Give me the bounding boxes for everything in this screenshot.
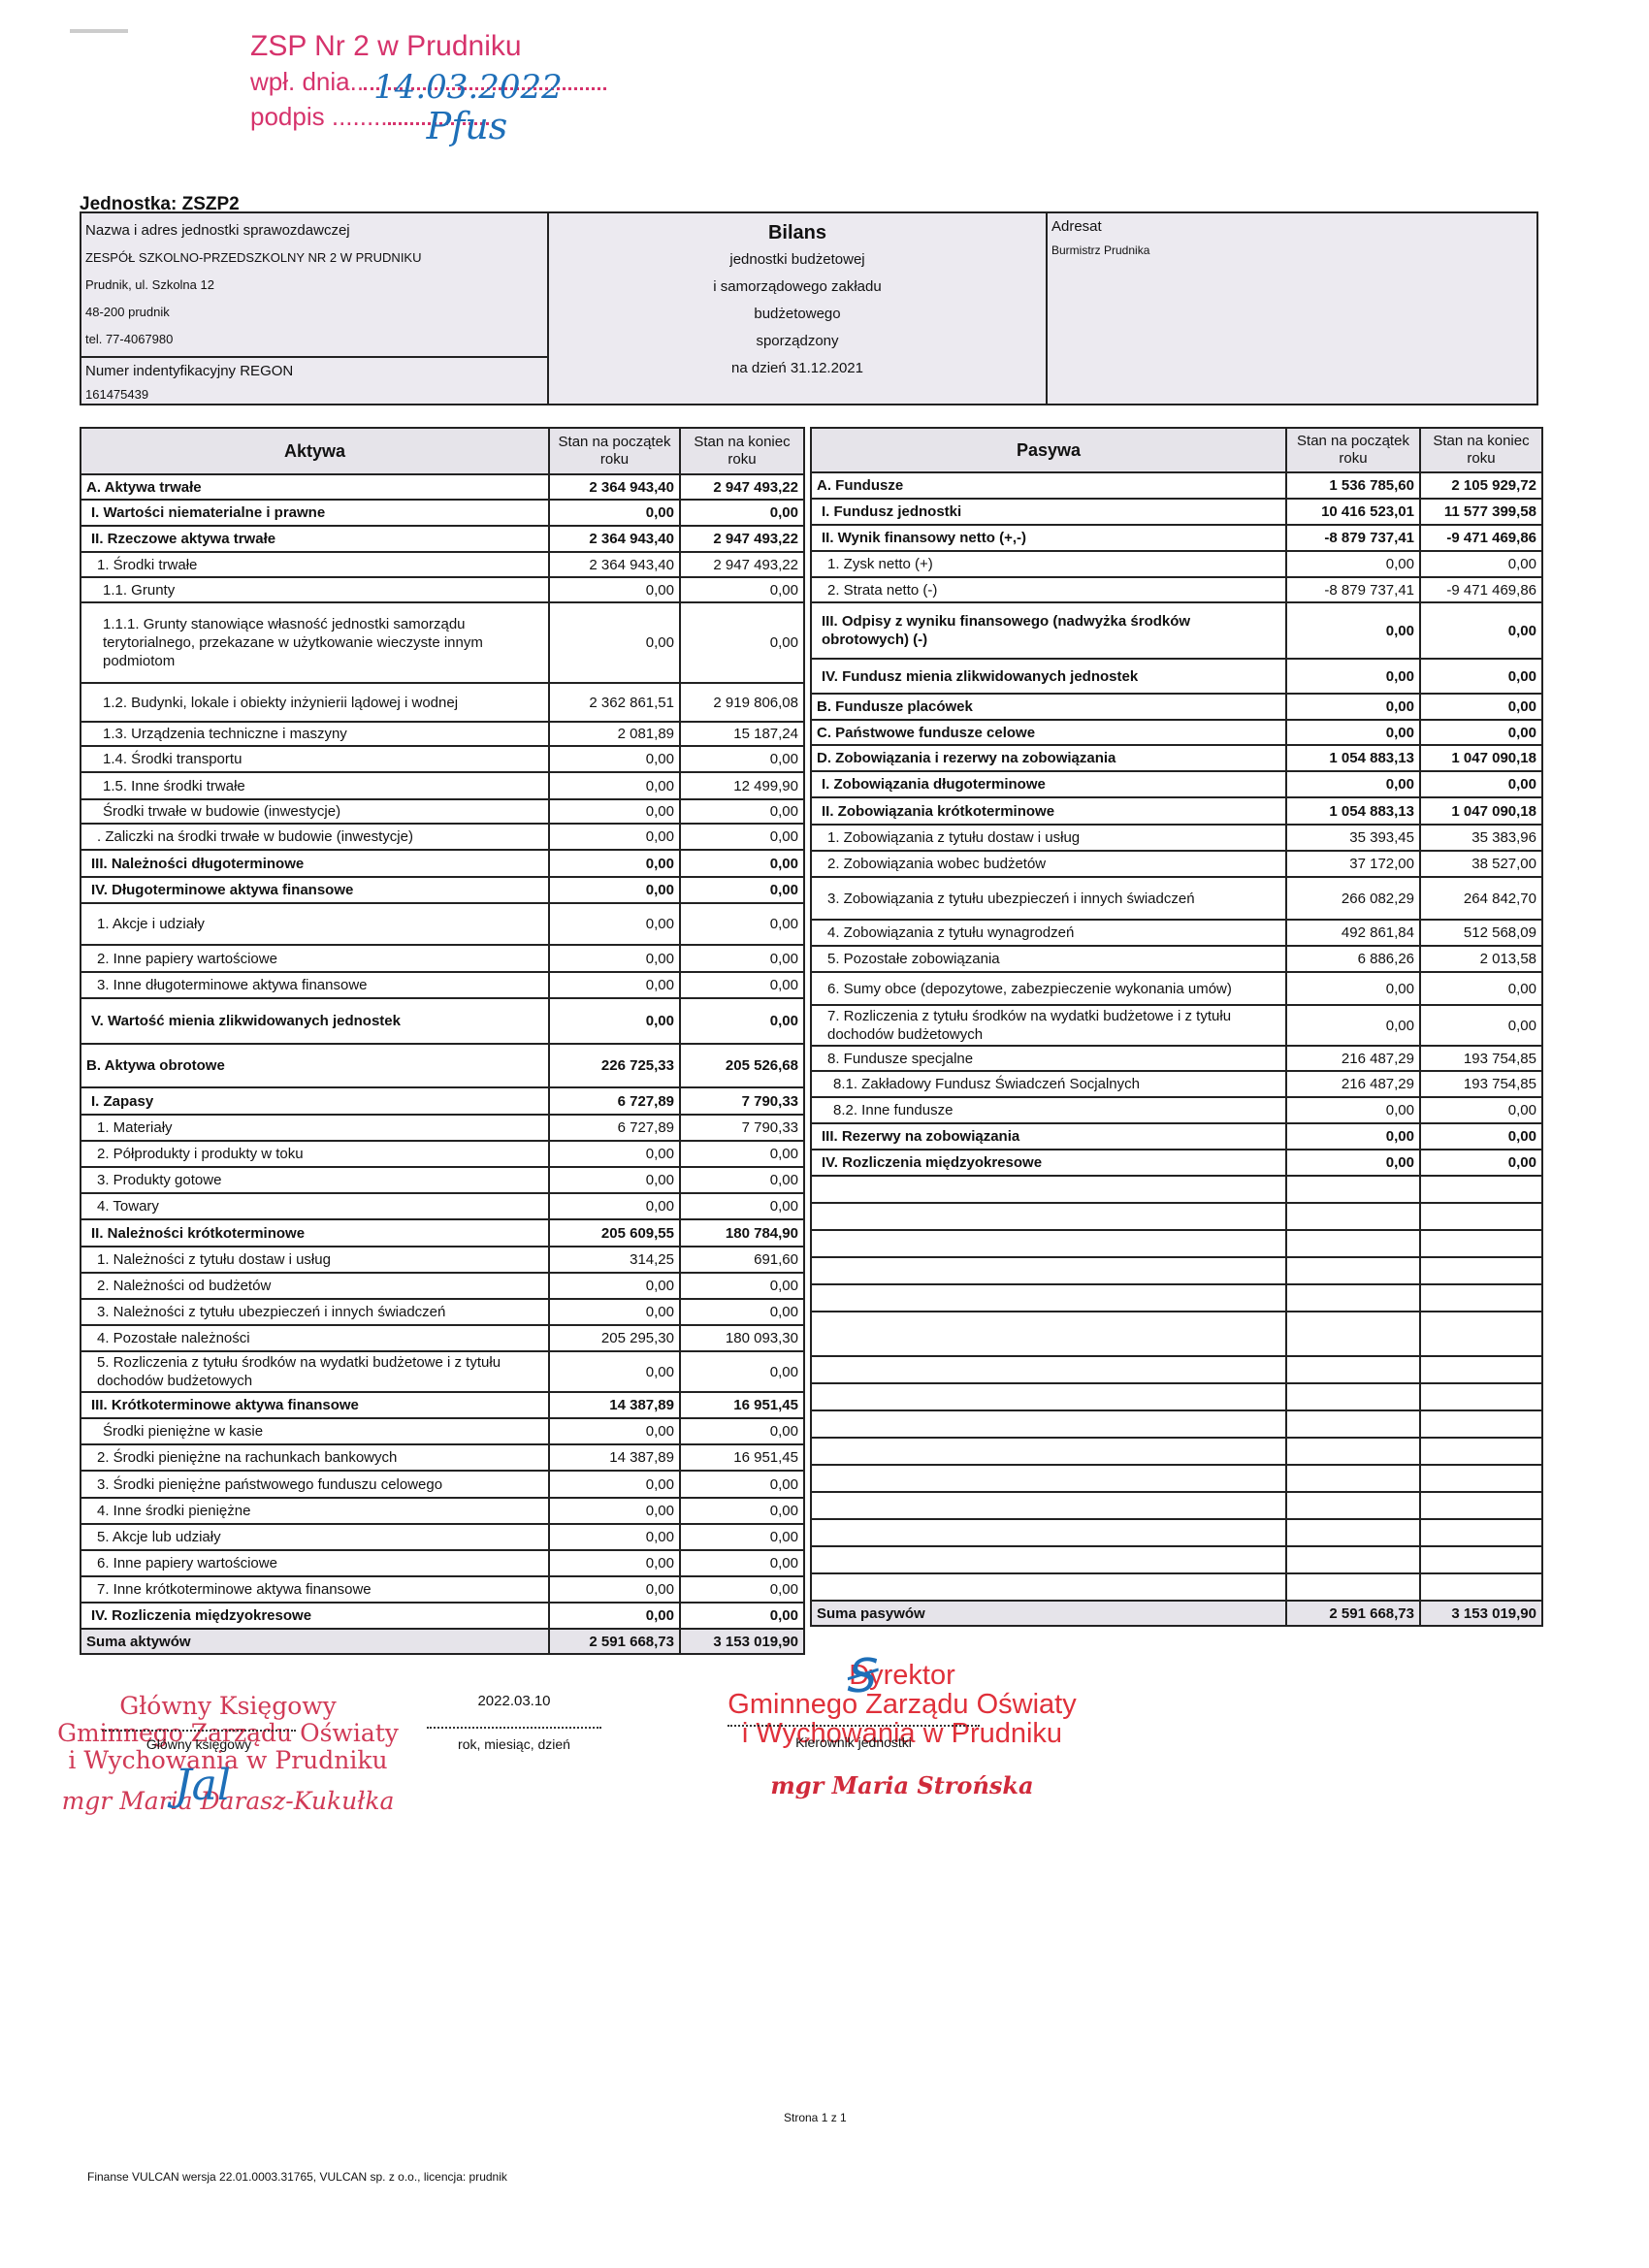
row-label: 4. Towary — [81, 1193, 549, 1219]
row-value-start: 216 487,29 — [1286, 1071, 1420, 1097]
row-value-end: 2 947 493,22 — [680, 474, 804, 500]
row-value-start: 0,00 — [1286, 720, 1420, 745]
table-row: I. Wartości niematerialne i prawne0,000,… — [81, 500, 804, 526]
report-title-block: Bilans jednostki budżetowej i samorządow… — [549, 213, 1048, 404]
liabilities-col-start: Stan na początek roku — [1286, 428, 1420, 472]
row-value-end: 0,00 — [680, 1351, 804, 1392]
head-handwritten-signature: Ꞩ — [844, 1649, 873, 1703]
row-label: 2. Środki pieniężne na rachunkach bankow… — [81, 1444, 549, 1471]
table-row: 7. Rozliczenia z tytułu środków na wydat… — [811, 1005, 1542, 1046]
row-value-start: 1 536 785,60 — [1286, 472, 1420, 499]
liabilities-table: Pasywa Stan na początek roku Stan na kon… — [810, 427, 1543, 1627]
row-label: I. Fundusz jednostki — [811, 499, 1286, 525]
row-value-start: 0,00 — [549, 1524, 680, 1550]
table-row: 3. Inne długoterminowe aktywa finansowe0… — [81, 972, 804, 998]
row-value-end: -9 471 469,86 — [1420, 525, 1542, 551]
row-value-start: 216 487,29 — [1286, 1046, 1420, 1071]
table-row: 1. Zysk netto (+)0,000,00 — [811, 551, 1542, 577]
signature-date: 2022.03.10 — [427, 1693, 601, 1709]
row-label: D. Zobowiązania i rezerwy na zobowiązani… — [811, 745, 1286, 771]
row-value-start: 2 362 861,51 — [549, 683, 680, 722]
row-label: 1.2. Budynki, lokale i obiekty inżynieri… — [81, 683, 549, 722]
row-label: 1.3. Urządzenia techniczne i maszyny — [81, 722, 549, 746]
row-value-end: 0,00 — [680, 1524, 804, 1550]
total-row: Suma aktywów2 591 668,733 153 019,90 — [81, 1629, 804, 1654]
row-label: 1. Należności z tytułu dostaw i usług — [81, 1247, 549, 1273]
table-row: 8. Fundusze specjalne216 487,29193 754,8… — [811, 1046, 1542, 1071]
row-label: 5. Akcje lub udziały — [81, 1524, 549, 1550]
addressee-label: Adresat — [1051, 215, 1533, 239]
row-value-start: 0,00 — [549, 1193, 680, 1219]
row-label: V. Wartość mienia zlikwidowanych jednost… — [81, 998, 549, 1044]
empty-row — [811, 1519, 1542, 1546]
row-value-end: 16 951,45 — [680, 1444, 804, 1471]
row-value-end: 180 093,30 — [680, 1325, 804, 1351]
row-label: 7. Rozliczenia z tytułu środków na wydat… — [811, 1005, 1286, 1046]
row-value-end: 0,00 — [1420, 1005, 1542, 1046]
table-row: 5. Akcje lub udziały0,000,00 — [81, 1524, 804, 1550]
row-value-end: 0,00 — [680, 1471, 804, 1498]
row-value-start: 0,00 — [549, 577, 680, 602]
table-row: Środki pieniężne w kasie0,000,00 — [81, 1418, 804, 1444]
row-value-end: 205 526,68 — [680, 1044, 804, 1087]
row-value-end: 0,00 — [1420, 972, 1542, 1005]
row-value-end: -9 471 469,86 — [1420, 577, 1542, 602]
empty-row — [811, 1546, 1542, 1573]
row-value-end: 0,00 — [680, 1141, 804, 1167]
table-row: 1.3. Urządzenia techniczne i maszyny2 08… — [81, 722, 804, 746]
row-value-start: 2 364 943,40 — [549, 552, 680, 577]
row-value-end: 264 842,70 — [1420, 877, 1542, 920]
reporting-unit-street: Prudnik, ul. Szkolna 12 — [85, 272, 543, 299]
row-label: 3. Należności z tytułu ubezpieczeń i inn… — [81, 1299, 549, 1325]
table-row: II. Rzeczowe aktywa trwałe2 364 943,402 … — [81, 526, 804, 552]
reporting-unit-name: ZESPÓŁ SZKOLNO-PRZEDSZKOLNY NR 2 W PRUDN… — [85, 244, 543, 272]
row-value-start: 0,00 — [549, 746, 680, 772]
row-value-start: 0,00 — [1286, 1150, 1420, 1176]
row-value-start: 1 054 883,13 — [1286, 745, 1420, 771]
row-label: 1.1.1. Grunty stanowiące własność jednos… — [81, 602, 549, 683]
row-label: 4. Pozostałe należności — [81, 1325, 549, 1351]
row-value-end: 0,00 — [680, 998, 804, 1044]
table-row: 1.5. Inne środki trwałe0,0012 499,90 — [81, 772, 804, 799]
row-value-start: 14 387,89 — [549, 1392, 680, 1418]
reporting-unit-postal: 48-200 prudnik — [85, 299, 543, 326]
row-label: II. Zobowiązania krótkoterminowe — [811, 797, 1286, 825]
row-value-start: 226 725,33 — [549, 1044, 680, 1087]
row-label: 5. Rozliczenia z tytułu środków na wydat… — [81, 1351, 549, 1392]
row-label: 1. Akcje i udziały — [81, 903, 549, 945]
row-value-start: 0,00 — [549, 1141, 680, 1167]
row-value-start: 314,25 — [549, 1247, 680, 1273]
row-value-end: 0,00 — [1420, 602, 1542, 659]
row-label: 6. Inne papiery wartościowe — [81, 1550, 549, 1576]
row-value-end: 0,00 — [680, 850, 804, 877]
row-value-start: 6 886,26 — [1286, 946, 1420, 972]
table-row: III. Odpisy z wyniku finansowego (nadwyż… — [811, 602, 1542, 659]
row-value-end: 180 784,90 — [680, 1219, 804, 1247]
table-row: 1.2. Budynki, lokale i obiekty inżynieri… — [81, 683, 804, 722]
row-label: II. Wynik finansowy netto (+,-) — [811, 525, 1286, 551]
empty-row — [811, 1573, 1542, 1601]
row-value-end: 0,00 — [1420, 659, 1542, 694]
head-stamp-line2: Gminnego Zarządu Oświaty — [708, 1690, 1096, 1719]
table-row: IV. Fundusz mienia zlikwidowanych jednos… — [811, 659, 1542, 694]
row-label: Środki pieniężne w kasie — [81, 1418, 549, 1444]
row-label: 1. Środki trwałe — [81, 552, 549, 577]
received-date-label: wpł. dnia.. — [250, 67, 364, 96]
table-row: 4. Towary0,000,00 — [81, 1193, 804, 1219]
chief-accountant-handwritten-signature: Jal — [175, 1761, 231, 1810]
table-row: 2. Zobowiązania wobec budżetów37 172,003… — [811, 851, 1542, 877]
row-value-end: 0,00 — [1420, 1097, 1542, 1123]
table-row: 7. Inne krótkoterminowe aktywa finansowe… — [81, 1576, 804, 1603]
software-footer: Finanse VULCAN wersja 22.01.0003.31765, … — [87, 2170, 507, 2184]
total-label: Suma aktywów — [81, 1629, 549, 1654]
row-value-start: 0,00 — [549, 500, 680, 526]
row-value-start: 492 861,84 — [1286, 920, 1420, 946]
row-value-start: 0,00 — [549, 1603, 680, 1629]
row-label: C. Państwowe fundusze celowe — [811, 720, 1286, 745]
table-row: 1.1.1. Grunty stanowiące własność jednos… — [81, 602, 804, 683]
table-row: . Zaliczki na środki trwałe w budowie (i… — [81, 824, 804, 850]
row-value-end: 1 047 090,18 — [1420, 745, 1542, 771]
addressee-block: Adresat Burmistrz Prudnika — [1048, 213, 1536, 404]
row-value-end: 0,00 — [1420, 551, 1542, 577]
row-value-end: 0,00 — [680, 746, 804, 772]
table-row: I. Zapasy6 727,897 790,33 — [81, 1087, 804, 1115]
row-value-end: 0,00 — [1420, 720, 1542, 745]
row-label: I. Zobowiązania długoterminowe — [811, 771, 1286, 797]
row-value-start: 0,00 — [549, 998, 680, 1044]
row-value-start: 0,00 — [549, 772, 680, 799]
regon-value: 161475439 — [85, 383, 543, 406]
row-value-start: 0,00 — [549, 824, 680, 850]
row-label: 6. Sumy obce (depozytowe, zabezpieczenie… — [811, 972, 1286, 1005]
row-value-start: 0,00 — [1286, 602, 1420, 659]
row-value-start: 0,00 — [1286, 1097, 1420, 1123]
row-value-start: 205 609,55 — [549, 1219, 680, 1247]
row-value-start: 1 054 883,13 — [1286, 797, 1420, 825]
row-value-end: 0,00 — [680, 972, 804, 998]
report-subtitle-2: i samorządowego zakładu — [549, 274, 1046, 301]
date-caption: rok, miesiąc, dzień — [427, 1736, 601, 1752]
table-row: A. Aktywa trwałe2 364 943,402 947 493,22 — [81, 474, 804, 500]
row-value-start: 0,00 — [549, 877, 680, 903]
empty-row — [811, 1203, 1542, 1230]
row-value-end: 11 577 399,58 — [1420, 499, 1542, 525]
row-label: 2. Należności od budżetów — [81, 1273, 549, 1299]
row-value-start: -8 879 737,41 — [1286, 525, 1420, 551]
row-label: III. Odpisy z wyniku finansowego (nadwyż… — [811, 602, 1286, 659]
row-label: B. Aktywa obrotowe — [81, 1044, 549, 1087]
row-value-start: 0,00 — [1286, 694, 1420, 720]
row-value-end: 0,00 — [680, 1167, 804, 1193]
row-label: 2. Inne papiery wartościowe — [81, 945, 549, 972]
row-label: A. Fundusze — [811, 472, 1286, 499]
total-end: 3 153 019,90 — [1420, 1601, 1542, 1626]
row-value-end: 1 047 090,18 — [1420, 797, 1542, 825]
row-value-end: 0,00 — [1420, 1123, 1542, 1150]
empty-row — [811, 1257, 1542, 1284]
empty-row — [811, 1312, 1542, 1356]
row-value-start: 0,00 — [549, 1498, 680, 1524]
table-row: III. Rezerwy na zobowiązania0,000,00 — [811, 1123, 1542, 1150]
row-label: IV. Rozliczenia międzyokresowe — [811, 1150, 1286, 1176]
row-label: A. Aktywa trwałe — [81, 474, 549, 500]
row-value-end: 0,00 — [680, 500, 804, 526]
table-row: 1. Materiały6 727,897 790,33 — [81, 1115, 804, 1141]
chief-accountant-caption: Główny księgowy — [102, 1736, 296, 1752]
row-value-end: 38 527,00 — [1420, 851, 1542, 877]
report-subtitle-1: jednostki budżetowej — [549, 246, 1046, 274]
table-row: 1. Zobowiązania z tytułu dostaw i usług3… — [811, 825, 1542, 851]
report-subtitle-3: budżetowego — [549, 301, 1046, 328]
row-label: III. Krótkoterminowe aktywa finansowe — [81, 1392, 549, 1418]
head-stamp: Dyrektor Gminnego Zarządu Oświaty i Wych… — [708, 1661, 1096, 1800]
table-row: 3. Zobowiązania z tytułu ubezpieczeń i i… — [811, 877, 1542, 920]
row-value-end: 0,00 — [1420, 1150, 1542, 1176]
row-value-start: 0,00 — [549, 945, 680, 972]
row-value-start: 6 727,89 — [549, 1087, 680, 1115]
assets-header-row: Aktywa Stan na początek roku Stan na kon… — [81, 428, 804, 474]
table-row: A. Fundusze1 536 785,602 105 929,72 — [811, 472, 1542, 499]
row-label: Środki trwałe w budowie (inwestycje) — [81, 799, 549, 824]
table-row: 1. Środki trwałe2 364 943,402 947 493,22 — [81, 552, 804, 577]
row-value-start: 0,00 — [549, 1418, 680, 1444]
row-label: I. Zapasy — [81, 1087, 549, 1115]
row-label: 2. Strata netto (-) — [811, 577, 1286, 602]
total-row: Suma pasywów2 591 668,733 153 019,90 — [811, 1601, 1542, 1626]
table-row: 4. Pozostałe należności205 295,30180 093… — [81, 1325, 804, 1351]
reporting-unit-phone: tel. 77-4067980 — [85, 326, 543, 353]
row-label: 7. Inne krótkoterminowe aktywa finansowe — [81, 1576, 549, 1603]
row-value-start: 0,00 — [1286, 1123, 1420, 1150]
row-label: 2. Półprodukty i produkty w toku — [81, 1141, 549, 1167]
head-signature-line — [727, 1725, 980, 1727]
empty-row — [811, 1284, 1542, 1312]
table-row: D. Zobowiązania i rezerwy na zobowiązani… — [811, 745, 1542, 771]
empty-row — [811, 1410, 1542, 1438]
table-row: IV. Rozliczenia międzyokresowe0,000,00 — [811, 1150, 1542, 1176]
row-value-start: 0,00 — [1286, 551, 1420, 577]
row-value-end: 2 947 493,22 — [680, 526, 804, 552]
reporting-unit-label: Nazwa i adres jednostki sprawozdawczej — [85, 217, 543, 244]
table-row: I. Fundusz jednostki10 416 523,0111 577 … — [811, 499, 1542, 525]
table-row: 3. Produkty gotowe0,000,00 — [81, 1167, 804, 1193]
row-label: IV. Rozliczenia międzyokresowe — [81, 1603, 549, 1629]
row-label: 8.1. Zakładowy Fundusz Świadczeń Socjaln… — [811, 1071, 1286, 1097]
table-row: 8.2. Inne fundusze0,000,00 — [811, 1097, 1542, 1123]
row-label: 8.2. Inne fundusze — [811, 1097, 1286, 1123]
liabilities-col-end: Stan na koniec roku — [1420, 428, 1542, 472]
chief-accountant-stamp-line1: Główny Księgowy — [39, 1693, 417, 1720]
row-label: I. Wartości niematerialne i prawne — [81, 500, 549, 526]
row-value-start: -8 879 737,41 — [1286, 577, 1420, 602]
row-value-start: 2 364 943,40 — [549, 526, 680, 552]
row-value-end: 35 383,96 — [1420, 825, 1542, 851]
addressee-value: Burmistrz Prudnika — [1051, 239, 1533, 262]
reporting-unit-block: Nazwa i adres jednostki sprawozdawczej Z… — [81, 213, 549, 404]
row-value-start: 14 387,89 — [549, 1444, 680, 1471]
row-label: II. Należności krótkoterminowe — [81, 1219, 549, 1247]
row-value-end: 0,00 — [680, 1418, 804, 1444]
row-label: 1.5. Inne środki trwałe — [81, 772, 549, 799]
row-label: 3. Inne długoterminowe aktywa finansowe — [81, 972, 549, 998]
table-row: 2. Środki pieniężne na rachunkach bankow… — [81, 1444, 804, 1471]
empty-row — [811, 1230, 1542, 1257]
table-row: I. Zobowiązania długoterminowe0,000,00 — [811, 771, 1542, 797]
row-value-start: 0,00 — [1286, 771, 1420, 797]
row-value-start: 0,00 — [549, 1576, 680, 1603]
table-row: IV. Długoterminowe aktywa finansowe0,000… — [81, 877, 804, 903]
table-row: 8.1. Zakładowy Fundusz Świadczeń Socjaln… — [811, 1071, 1542, 1097]
table-row: 2. Półprodukty i produkty w toku0,000,00 — [81, 1141, 804, 1167]
row-value-start: 0,00 — [1286, 1005, 1420, 1046]
report-date: na dzień 31.12.2021 — [549, 355, 1046, 382]
table-row: V. Wartość mienia zlikwidowanych jednost… — [81, 998, 804, 1044]
row-label: IV. Fundusz mienia zlikwidowanych jednos… — [811, 659, 1286, 694]
row-value-start: 0,00 — [549, 1273, 680, 1299]
received-signature-label: podpis ........ — [250, 102, 388, 131]
row-value-start: 0,00 — [549, 1167, 680, 1193]
table-row: II. Należności krótkoterminowe205 609,55… — [81, 1219, 804, 1247]
table-row: II. Wynik finansowy netto (+,-)-8 879 73… — [811, 525, 1542, 551]
row-value-start: 0,00 — [549, 972, 680, 998]
received-date-row: wpł. dnia..14.03.2022 — [250, 64, 606, 99]
row-label: II. Rzeczowe aktywa trwałe — [81, 526, 549, 552]
table-row: 4. Inne środki pieniężne0,000,00 — [81, 1498, 804, 1524]
table-row: IV. Rozliczenia międzyokresowe0,000,00 — [81, 1603, 804, 1629]
table-row: 6. Sumy obce (depozytowe, zabezpieczenie… — [811, 972, 1542, 1005]
table-row: 1. Należności z tytułu dostaw i usług314… — [81, 1247, 804, 1273]
row-label: 4. Zobowiązania z tytułu wynagrodzeń — [811, 920, 1286, 946]
row-label: 4. Inne środki pieniężne — [81, 1498, 549, 1524]
report-title: Bilans — [549, 219, 1046, 246]
table-row: 2. Inne papiery wartościowe0,000,00 — [81, 945, 804, 972]
row-value-start: 0,00 — [549, 1351, 680, 1392]
row-value-end: 0,00 — [680, 877, 804, 903]
empty-row — [811, 1383, 1542, 1410]
row-value-start: 10 416 523,01 — [1286, 499, 1420, 525]
row-value-end: 0,00 — [680, 602, 804, 683]
row-label: 1. Materiały — [81, 1115, 549, 1141]
row-value-start: 0,00 — [549, 903, 680, 945]
received-stamp: ZSP Nr 2 w Prudniku wpł. dnia..14.03.202… — [250, 29, 606, 134]
empty-row — [811, 1438, 1542, 1465]
row-value-end: 16 951,45 — [680, 1392, 804, 1418]
page-number: Strona 1 z 1 — [784, 2111, 847, 2124]
row-value-start: 266 082,29 — [1286, 877, 1420, 920]
row-value-end: 0,00 — [1420, 694, 1542, 720]
row-value-end: 0,00 — [680, 1603, 804, 1629]
row-value-end: 0,00 — [680, 1498, 804, 1524]
row-label: . Zaliczki na środki trwałe w budowie (i… — [81, 824, 549, 850]
row-value-end: 0,00 — [680, 1193, 804, 1219]
row-value-end: 0,00 — [680, 1273, 804, 1299]
received-stamp-title: ZSP Nr 2 w Prudniku — [250, 29, 606, 64]
row-value-end: 193 754,85 — [1420, 1071, 1542, 1097]
row-value-end: 7 790,33 — [680, 1087, 804, 1115]
liabilities-header-row: Pasywa Stan na początek roku Stan na kon… — [811, 428, 1542, 472]
table-row: Środki trwałe w budowie (inwestycje)0,00… — [81, 799, 804, 824]
head-stamp-line1: Dyrektor — [708, 1661, 1096, 1690]
table-row: 1.1. Grunty0,000,00 — [81, 577, 804, 602]
row-value-end: 0,00 — [680, 945, 804, 972]
row-value-start: 0,00 — [549, 1471, 680, 1498]
empty-row — [811, 1465, 1542, 1492]
row-value-end: 0,00 — [680, 1550, 804, 1576]
table-row: B. Aktywa obrotowe226 725,33205 526,68 — [81, 1044, 804, 1087]
row-label: 8. Fundusze specjalne — [811, 1046, 1286, 1071]
table-row: 6. Inne papiery wartościowe0,000,00 — [81, 1550, 804, 1576]
empty-row — [811, 1492, 1542, 1519]
row-value-end: 2 947 493,22 — [680, 552, 804, 577]
table-row: II. Zobowiązania krótkoterminowe1 054 88… — [811, 797, 1542, 825]
row-value-start: 0,00 — [549, 1299, 680, 1325]
row-value-end: 7 790,33 — [680, 1115, 804, 1141]
total-label: Suma pasywów — [811, 1601, 1286, 1626]
table-row: C. Państwowe fundusze celowe0,000,00 — [811, 720, 1542, 745]
table-row: B. Fundusze placówek0,000,00 — [811, 694, 1542, 720]
row-value-end: 0,00 — [680, 903, 804, 945]
scan-artifact — [70, 29, 128, 33]
table-row: 4. Zobowiązania z tytułu wynagrodzeń492 … — [811, 920, 1542, 946]
received-date-handwritten: 14.03.2022 — [373, 70, 563, 105]
table-row: 5. Pozostałe zobowiązania6 886,262 013,5… — [811, 946, 1542, 972]
row-label: B. Fundusze placówek — [811, 694, 1286, 720]
row-value-start: 0,00 — [549, 602, 680, 683]
row-value-start: 205 295,30 — [549, 1325, 680, 1351]
table-row: 1. Akcje i udziały0,000,00 — [81, 903, 804, 945]
row-value-start: 0,00 — [1286, 972, 1420, 1005]
row-label: III. Rezerwy na zobowiązania — [811, 1123, 1286, 1150]
total-start: 2 591 668,73 — [1286, 1601, 1420, 1626]
liabilities-title: Pasywa — [811, 428, 1286, 472]
row-label: IV. Długoterminowe aktywa finansowe — [81, 877, 549, 903]
row-value-end: 691,60 — [680, 1247, 804, 1273]
table-row: 3. Środki pieniężne państwowego funduszu… — [81, 1471, 804, 1498]
table-row: 3. Należności z tytułu ubezpieczeń i inn… — [81, 1299, 804, 1325]
table-row: 2. Strata netto (-)-8 879 737,41-9 471 4… — [811, 577, 1542, 602]
row-value-start: 6 727,89 — [549, 1115, 680, 1141]
row-value-end: 0,00 — [680, 1576, 804, 1603]
report-header: Nazwa i adres jednostki sprawozdawczej Z… — [80, 211, 1538, 405]
row-value-end: 0,00 — [1420, 771, 1542, 797]
assets-col-end: Stan na koniec roku — [680, 428, 804, 474]
total-start: 2 591 668,73 — [549, 1629, 680, 1654]
row-label: 2. Zobowiązania wobec budżetów — [811, 851, 1286, 877]
assets-table: Aktywa Stan na początek roku Stan na kon… — [80, 427, 805, 1655]
assets-title: Aktywa — [81, 428, 549, 474]
table-row: III. Należności długoterminowe0,000,00 — [81, 850, 804, 877]
row-value-start: 2 364 943,40 — [549, 474, 680, 500]
row-label: 1. Zobowiązania z tytułu dostaw i usług — [811, 825, 1286, 851]
row-value-end: 193 754,85 — [1420, 1046, 1542, 1071]
row-value-end: 0,00 — [680, 1299, 804, 1325]
row-value-end: 2 105 929,72 — [1420, 472, 1542, 499]
head-stamp-name: mgr Maria Strońska — [708, 1771, 1096, 1800]
report-subtitle-4: sporządzony — [549, 328, 1046, 355]
row-label: 1.1. Grunty — [81, 577, 549, 602]
row-label: 3. Produkty gotowe — [81, 1167, 549, 1193]
row-label: 5. Pozostałe zobowiązania — [811, 946, 1286, 972]
row-value-start: 0,00 — [1286, 659, 1420, 694]
regon-label: Numer indentyfikacyjny REGON — [85, 360, 543, 383]
row-label: III. Należności długoterminowe — [81, 850, 549, 877]
row-value-start: 0,00 — [549, 799, 680, 824]
assets-col-start: Stan na początek roku — [549, 428, 680, 474]
